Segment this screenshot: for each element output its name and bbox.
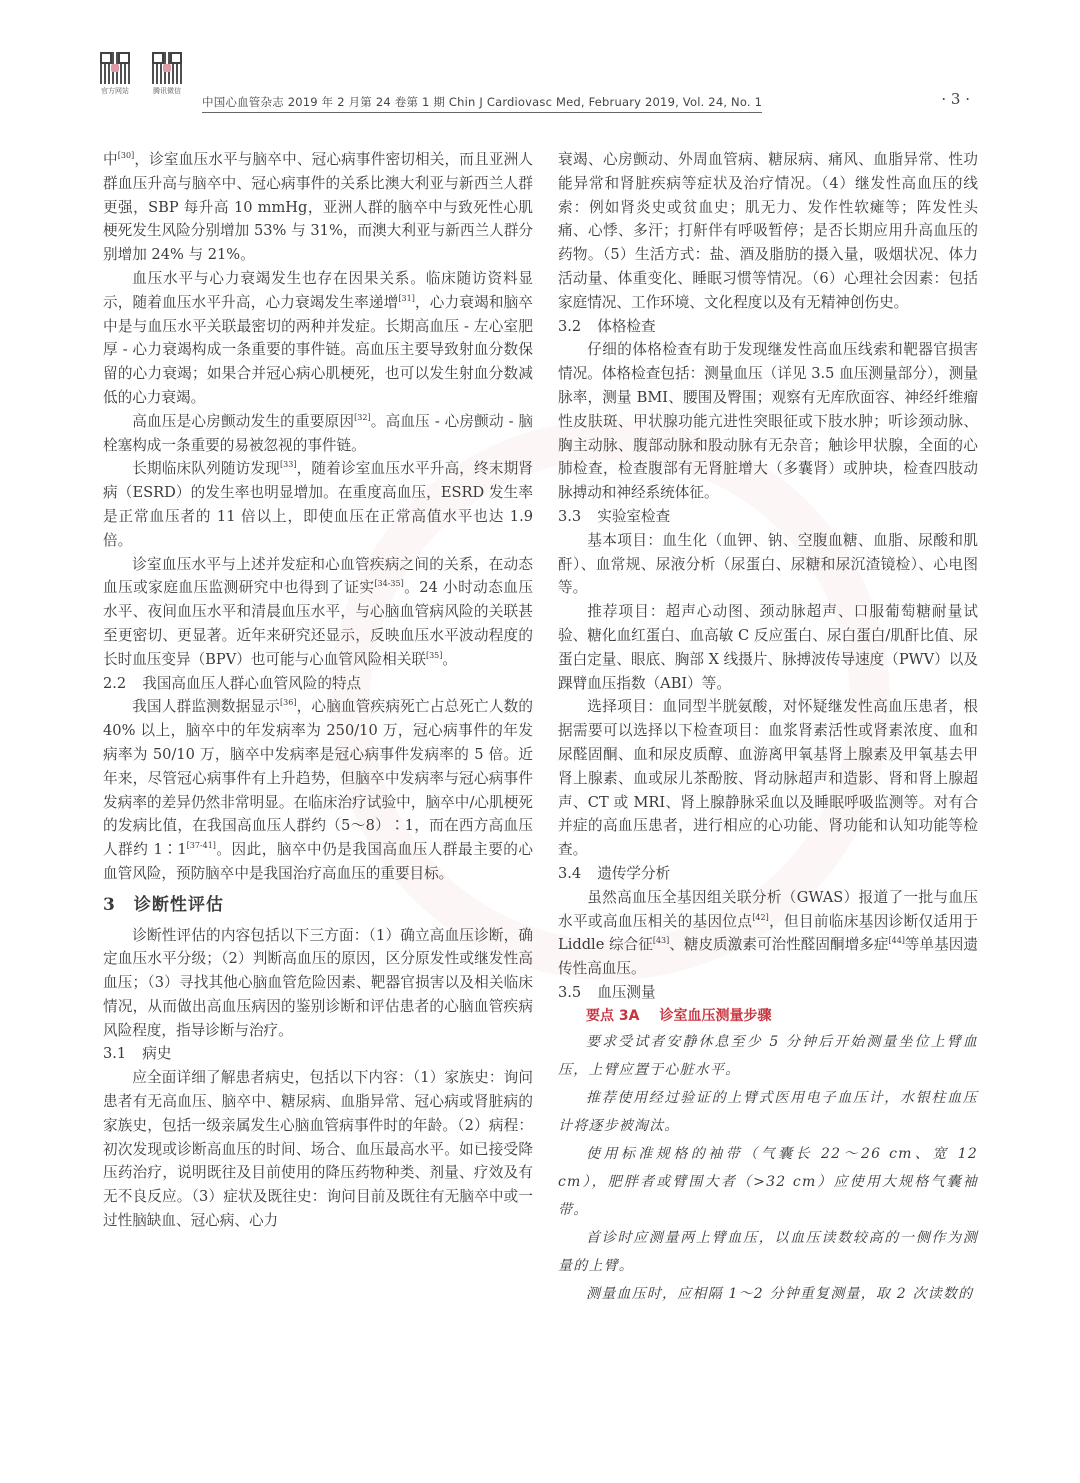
paragraph: 仔细的体格检查有助于发现继发性高血压线索和靶器官损害情况。体格检查包括：测量血压… (558, 338, 978, 505)
paragraph: 虽然高血压全基因组关联分析（GWAS）报道了一批与血压水平或高血压相关的基因位点… (558, 886, 978, 981)
keypoint-item: 要求受试者安静休息至少 5 分钟后开始测量坐位上臂血压，上臂应置于心脏水平。 (558, 1028, 978, 1084)
paragraph: 高血压是心房颤动发生的重要原因[32]。高血压 - 心房颤动 - 脑栓塞构成一条… (103, 410, 533, 458)
paragraph: 长期临床队列随访发现[33]，随着诊室血压水平升高，终末期肾病（ESRD）的发生… (103, 457, 533, 552)
section-heading-3-3: 3.3实验室检查 (558, 505, 978, 529)
paragraph: 选择项目：血同型半胱氨酸，对怀疑继发性高血压患者，根据需要可以选择以下检查项目：… (558, 695, 978, 862)
paragraph: 衰竭、心房颤动、外周血管病、糖尿病、痛风、血脂异常、性功能异常和肾脏疾病等症状及… (558, 148, 978, 315)
keypoint-box: 要求受试者安静休息至少 5 分钟后开始测量坐位上臂血压，上臂应置于心脏水平。 推… (558, 1028, 978, 1308)
section-heading-3-2: 3.2体格检查 (558, 315, 978, 339)
journal-citation: 中国心血管杂志 2019 年 2 月第 24 卷第 1 期 Chin J Car… (202, 94, 762, 113)
paragraph: 基本项目：血生化（血钾、钠、空腹血糖、血脂、尿酸和肌酐）、血常规、尿液分析（尿蛋… (558, 529, 978, 600)
section-heading-2-2: 2.2我国高血压人群心血管风险的特点 (103, 672, 533, 696)
paragraph: 我国人群监测数据显示[36]，心脑血管疾病死亡占总死亡人数的 40% 以上，脑卒… (103, 695, 533, 885)
left-column: 中[30]，诊室血压水平与脑卒中、冠心病事件密切相关，而且亚洲人群血压升高与脑卒… (103, 148, 533, 1233)
section-heading-3: 3诊断性评估 (103, 894, 533, 918)
keypoint-item: 使用标准规格的袖带（气囊长 22～26 cm、宽 12 cm），肥胖者或臂围大者… (558, 1140, 978, 1224)
paragraph: 应全面详细了解患者病史，包括以下内容：（1）家族史：询问患者有无高血压、脑卒中、… (103, 1066, 533, 1233)
page-header: 官方网站 腾讯微信 中国心血管杂志 2019 年 2 月第 24 卷第 1 期 … (100, 52, 980, 112)
qr-label: 腾讯微信 (153, 86, 181, 96)
paragraph: 中[30]，诊室血压水平与脑卒中、冠心病事件密切相关，而且亚洲人群血压升高与脑卒… (103, 148, 533, 267)
right-column: 衰竭、心房颤动、外周血管病、糖尿病、痛风、血脂异常、性功能异常和肾脏疾病等症状及… (558, 148, 978, 1308)
paragraph: 诊室血压水平与上述并发症和心血管疾病之间的关系，在动态血压或家庭血压监测研究中也… (103, 553, 533, 672)
qr-official-site[interactable]: 官方网站 (100, 52, 130, 96)
section-heading-3-1: 3.1病史 (103, 1042, 533, 1066)
page-number: · 3 · (941, 90, 970, 108)
keypoint-heading: 要点 3A诊室血压测量步骤 (558, 1005, 978, 1029)
keypoint-item: 测量血压时，应相隔 1～2 分钟重复测量，取 2 次读数的 (558, 1280, 978, 1308)
keypoint-item: 首诊时应测量两上臂血压，以血压读数较高的一侧作为测量的上臂。 (558, 1224, 978, 1280)
keypoint-item: 推荐使用经过验证的上臂式医用电子血压计，水银柱血压计将逐步被淘汰。 (558, 1084, 978, 1140)
section-heading-3-4: 3.4遗传学分析 (558, 862, 978, 886)
qr-code-icon (152, 52, 182, 84)
section-heading-3-5: 3.5血压测量 (558, 981, 978, 1005)
paragraph: 诊断性评估的内容包括以下三方面：（1）确立高血压诊断，确定血压水平分级；（2）判… (103, 924, 533, 1043)
paragraph: 血压水平与心力衰竭发生也存在因果关系。临床随访资料显示，随着血压水平升高，心力衰… (103, 267, 533, 410)
qr-wechat[interactable]: 腾讯微信 (152, 52, 182, 96)
paragraph: 推荐项目：超声心动图、颈动脉超声、口服葡萄糖耐量试验、糖化血红蛋白、血高敏 C … (558, 600, 978, 695)
qr-code-icon (100, 52, 130, 84)
qr-label: 官方网站 (101, 86, 129, 96)
